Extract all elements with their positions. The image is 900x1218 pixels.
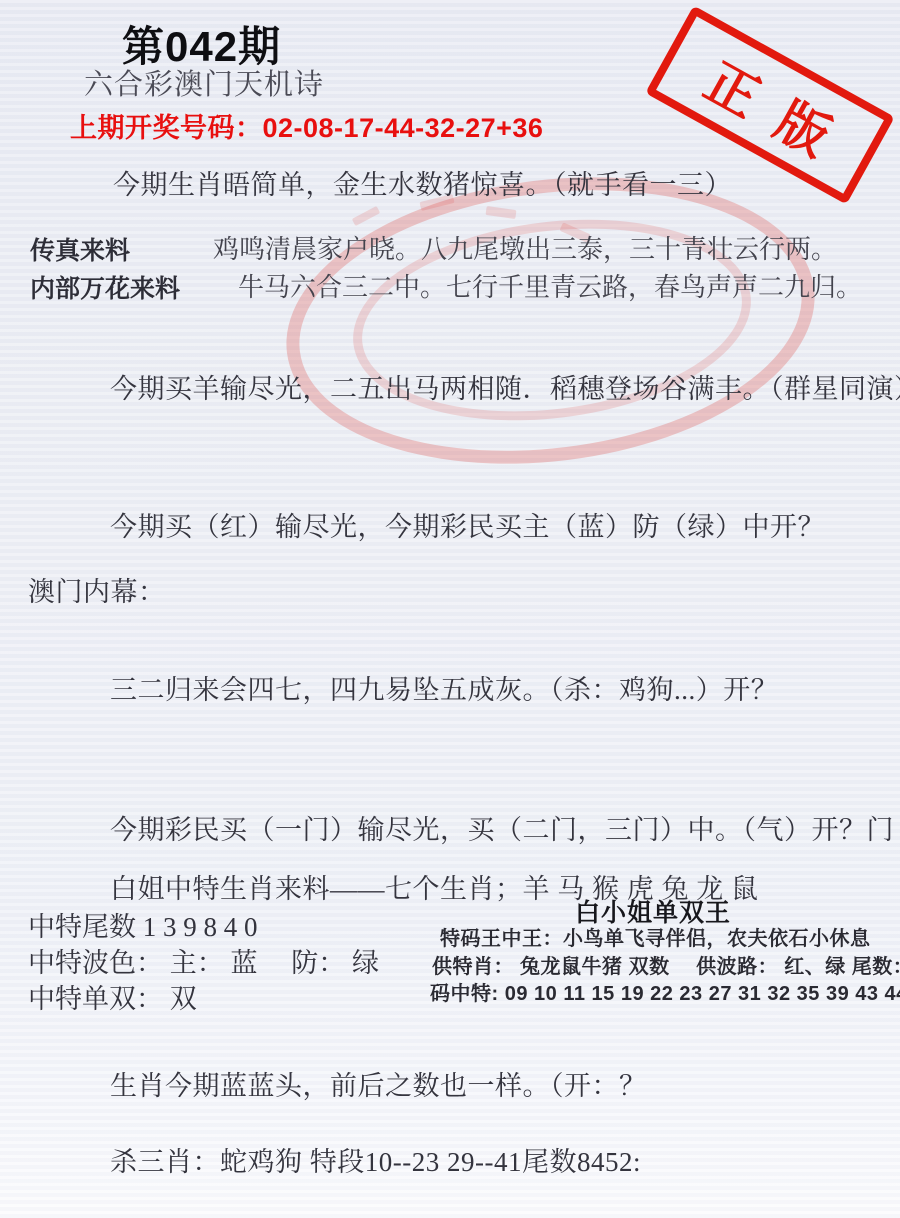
poem-line-2: 今期买羊输尽光，二五出马两相随．稻穗登场谷满丰。（群星同演） — [110, 367, 900, 406]
poem-line-4: 三二归来会四七，四九易坠五成灰。（杀：鸡狗...）开？ — [110, 668, 778, 707]
macau-insider-label: 澳门内幕： — [28, 570, 166, 609]
seal-glyph-mark — [352, 206, 380, 226]
fax-source-text: 鸡鸣清晨家户晓。八九尾墩出三泰，三十青壮云行两。 — [213, 229, 837, 266]
code-hit-numbers-line: 码中特: 09 10 11 15 19 22 23 27 31 32 35 39… — [430, 977, 900, 1006]
genuine-stamp-label: 正版 — [669, 26, 871, 184]
poem-line-3: 今期买（红）输尽光，今期彩民买主（蓝）防（绿）中开？ — [110, 505, 825, 544]
series-subtitle: 六合彩澳门天机诗 — [84, 62, 324, 103]
special-tail-numbers: 中特尾数 1 3 9 8 4 0 — [28, 905, 258, 944]
lottery-tip-sheet: 正版 第042期 六合彩澳门天机诗 上期开奖号码：02-08-17-44-32-… — [0, 0, 900, 1218]
special-odd-even: 中特单双： 双 — [28, 977, 197, 1016]
internal-source-label: 内部万花来料 — [30, 269, 180, 305]
special-code-king-line: 特码王中王：小鸟单飞寻伴侣，农夫依石小休息 — [440, 922, 871, 951]
special-wave-colors: 中特波色： 主： 蓝 防： 绿 — [28, 941, 379, 980]
supply-zodiac-line: 供特肖： 兔龙鼠牛猪 双数 供波路： 红、绿 尾数： 0839 — [432, 950, 900, 979]
fax-source-label: 传真来料 — [30, 231, 130, 267]
seal-glyph-mark — [486, 206, 517, 219]
kill-three-zodiac-line: 杀三肖：蛇鸡狗 特段10--23 29--41尾数8452: — [110, 1140, 641, 1179]
last-draw-numbers: 上期开奖号码：02-08-17-44-32-27+36 — [70, 106, 543, 145]
poem-line-1: 今期生肖晤简单，金生水数猪惊喜。（就手看一三） — [113, 163, 732, 202]
footer-hint-line: 生肖今期蓝蓝头，前后之数也一样。（开：？ — [110, 1064, 647, 1103]
poem-line-5: 今期彩民买（一门）输尽光，买（二门，三门）中。（气）开？门 — [110, 808, 894, 847]
internal-source-text: 牛马六合三二中。七行千里青云路，春鸟声声二九归。 — [238, 267, 862, 304]
